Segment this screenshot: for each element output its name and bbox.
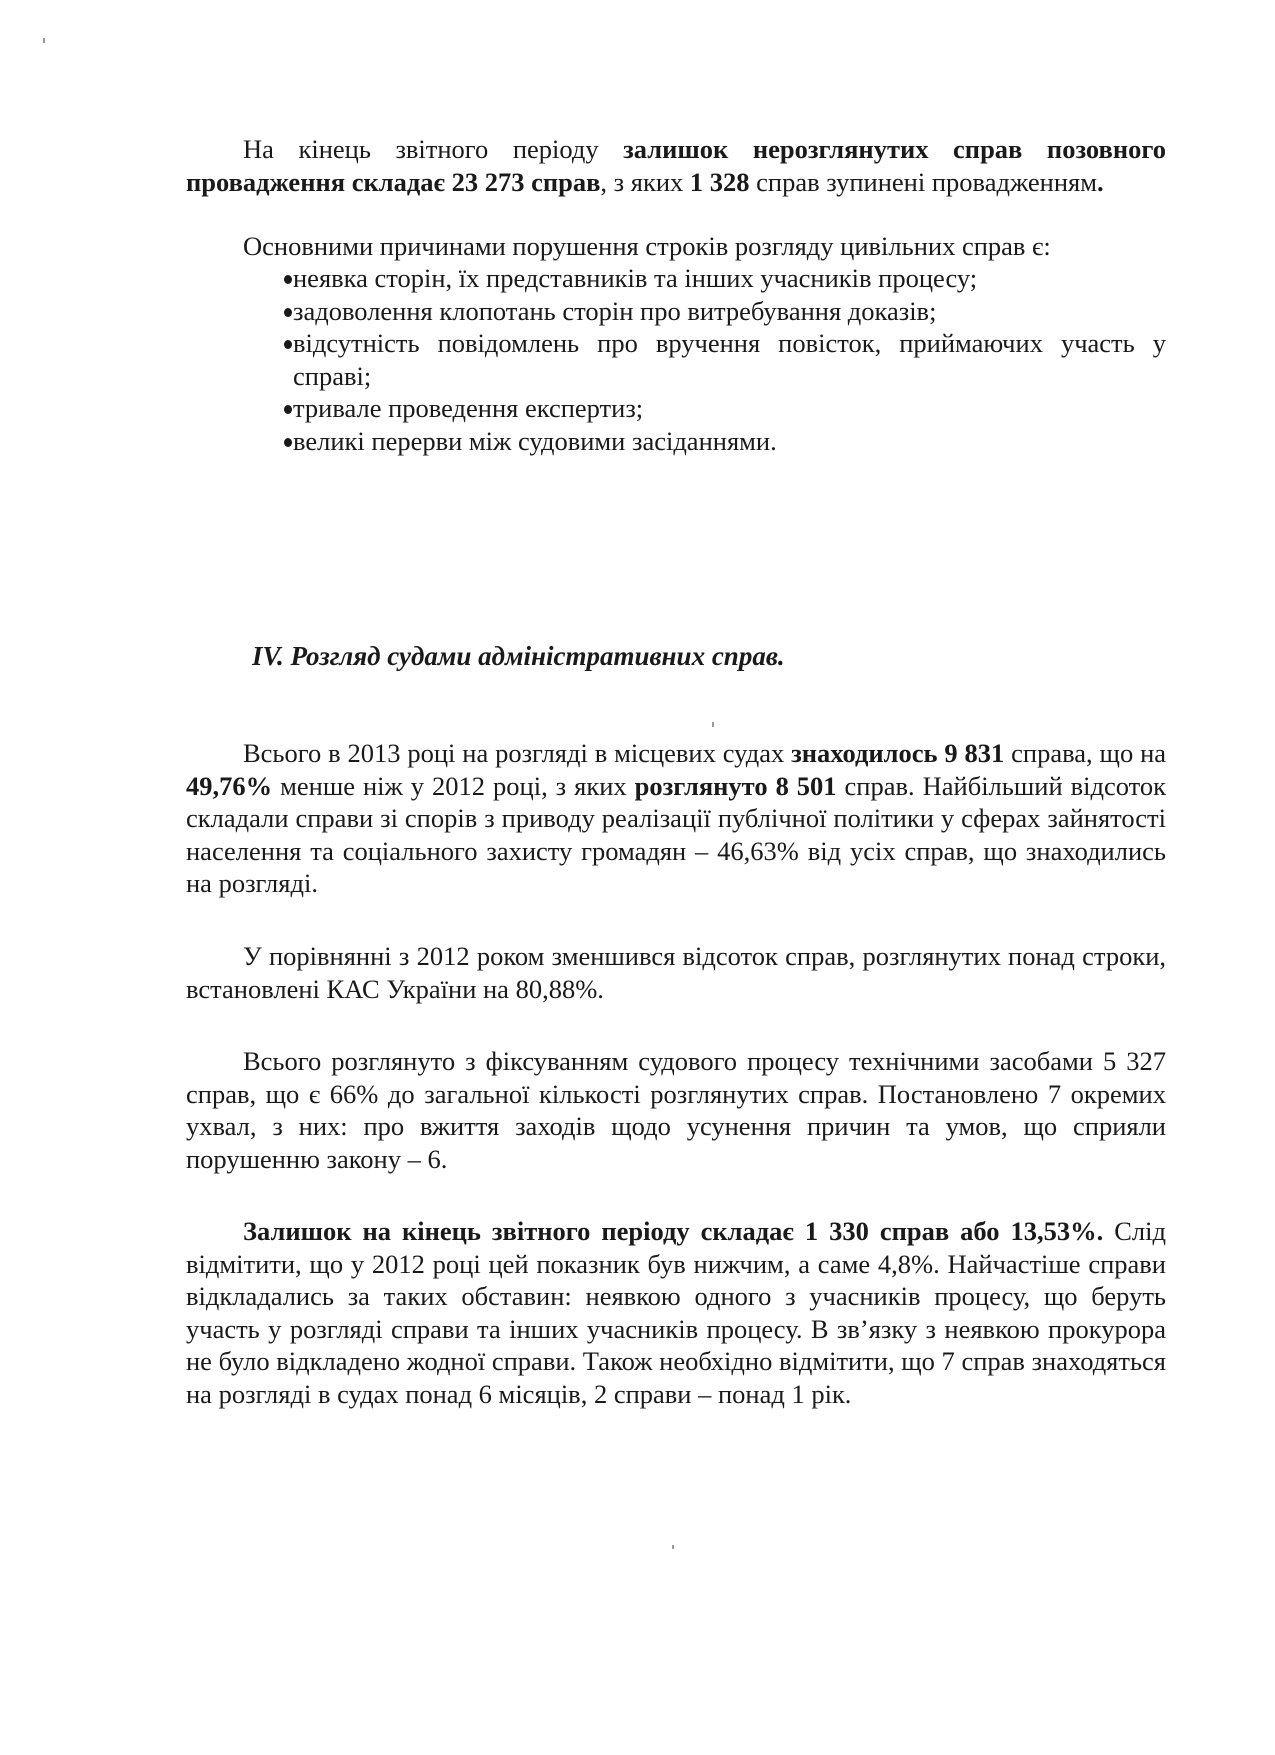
text-run: менше ніж у 2012 році, з яких	[272, 771, 635, 801]
reasons-intro: Основними причинами порушення строків ро…	[186, 230, 1166, 263]
remainder-paragraph: На кінець звітного періоду залишок нероз…	[186, 133, 1166, 198]
list-item-text: тривале проведення експертиз;	[279, 392, 1166, 425]
bold-run-total: знаходилось 9 831	[791, 738, 1004, 768]
text-run: справ зупинені провадженням	[750, 167, 1098, 197]
bullet-icon	[284, 275, 292, 284]
list-item-text: відсутність повідомлень про вручення пов…	[279, 327, 1166, 392]
section-heading: IV. Розгляд судами адміністративних спра…	[252, 640, 785, 672]
bullet-icon	[284, 308, 292, 317]
text-run: На кінець звітного періоду	[243, 134, 623, 164]
admin-cases-total-paragraph: Всього в 2013 році на розгляді в місцеви…	[186, 737, 1166, 900]
list-item: задоволення клопотань сторін про витребу…	[186, 295, 1166, 328]
remainder-admin-paragraph: Залишок на кінець звітного періоду склад…	[186, 1215, 1166, 1410]
list-item-text: неявка сторін, їх представників та інших…	[279, 262, 1166, 295]
bold-run-reviewed: розглянуто 8 501	[635, 771, 837, 801]
bold-run-suspended: 1 328	[690, 167, 750, 197]
text-run: .	[1097, 167, 1104, 197]
overdue-comparison-paragraph: У порівнянні з 2012 роком зменшився відс…	[186, 940, 1166, 1005]
scan-speck	[672, 1545, 674, 1549]
scan-speck	[43, 38, 45, 43]
list-item: відсутність повідомлень про вручення пов…	[186, 327, 1166, 392]
recording-paragraph: Всього розглянуто з фіксуванням судового…	[186, 1045, 1166, 1175]
bullet-icon	[284, 438, 292, 447]
list-item: тривале проведення експертиз;	[186, 392, 1166, 425]
list-item: неявка сторін, їх представників та інших…	[186, 262, 1166, 295]
bold-run-remainder-admin: Залишок на кінець звітного періоду склад…	[243, 1216, 1103, 1246]
bullet-icon	[284, 340, 292, 349]
bold-run-percent: 49,76%	[186, 771, 272, 801]
bullet-icon	[284, 405, 292, 414]
scan-speck	[712, 722, 714, 727]
text-run: Всього в 2013 році на розгляді в місцеви…	[243, 738, 791, 768]
list-item: великі перерви між судовими засіданнями.	[186, 425, 1166, 458]
reasons-list: неявка сторін, їх представників та інших…	[186, 262, 1166, 457]
text-run: справа, що на	[1004, 738, 1166, 768]
list-item-text: задоволення клопотань сторін про витребу…	[279, 295, 1166, 328]
text-run: , з яких	[600, 167, 689, 197]
list-item-text: великі перерви між судовими засіданнями.	[279, 425, 1166, 458]
